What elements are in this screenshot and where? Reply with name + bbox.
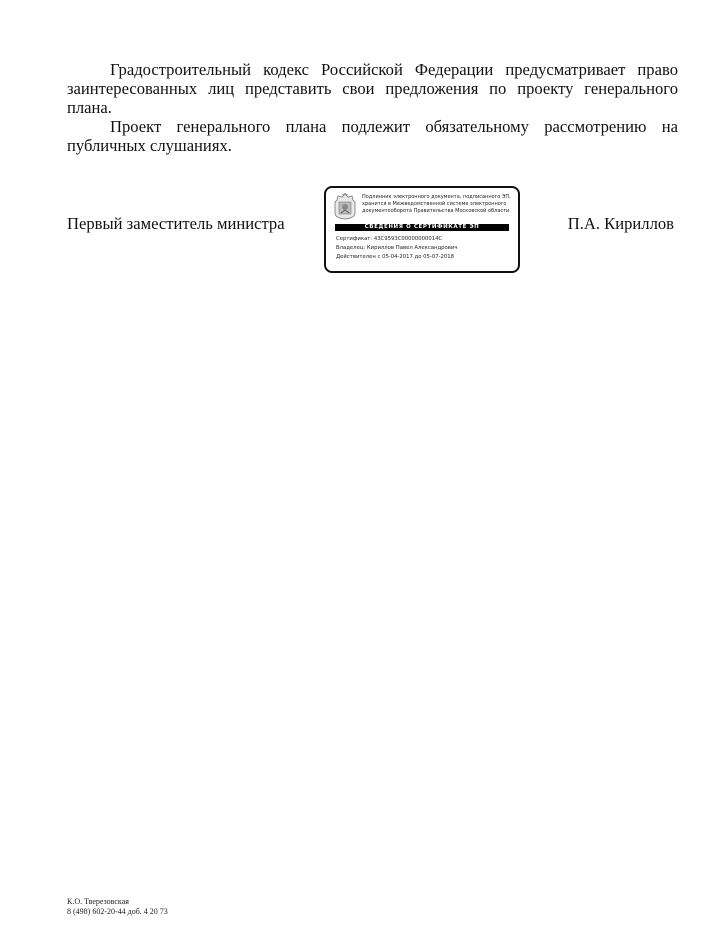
executor-phone: 8 (498) 602-20-44 доб. 4 20 73 — [67, 907, 168, 917]
certificate-owner: Владелец: Кириллов Павел Александрович — [336, 244, 457, 253]
stamp-header: Подлинник электронного документа, подпис… — [362, 194, 514, 216]
signatory-position: Первый заместитель министра — [67, 214, 285, 234]
signatory-name: П.А. Кириллов — [568, 214, 674, 234]
certificate-info-bar: СВЕДЕНИЯ О СЕРТИФИКАТЕ ЭП — [335, 224, 509, 231]
electronic-signature-stamp: Подлинник электронного документа, подпис… — [324, 186, 520, 273]
paragraph-1: Градостроительный кодекс Российской Феде… — [67, 60, 678, 117]
certificate-validity: Действителен с 05-04-2017 до 05-07-2018 — [336, 253, 457, 262]
stamp-header-line: документооборота Правительства Московско… — [362, 208, 514, 215]
document-page: Градостроительный кодекс Российской Феде… — [0, 0, 701, 931]
paragraph-2: Проект генерального плана подлежит обяза… — [67, 117, 678, 155]
executor-footer: К.О. Тверезовская 8 (498) 602-20-44 доб.… — [67, 897, 168, 916]
certificate-details: Сертификат: 43C9593C00000000014C Владеле… — [336, 235, 457, 262]
coat-of-arms-icon — [334, 193, 356, 220]
body-text: Градостроительный кодекс Российской Феде… — [67, 60, 678, 155]
certificate-number: Сертификат: 43C9593C00000000014C — [336, 235, 457, 244]
executor-name: К.О. Тверезовская — [67, 897, 168, 907]
